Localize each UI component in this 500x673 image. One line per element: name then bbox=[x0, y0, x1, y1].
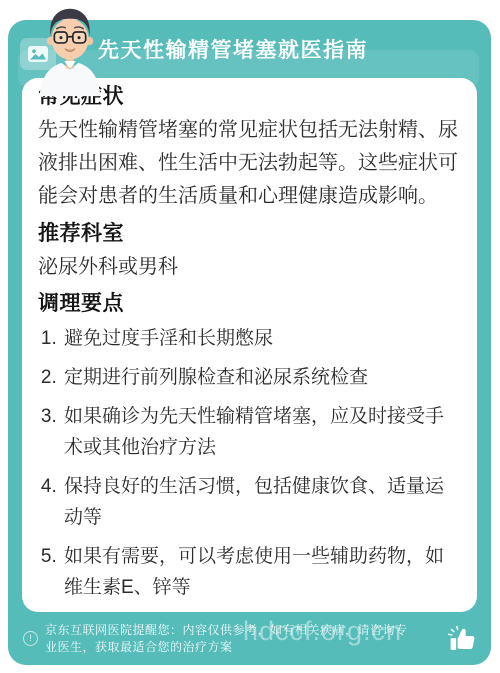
tips-list: 避免过度手淫和长期憋尿 定期进行前列腺检查和泌尿系统检查 如果确诊为先天性输精管… bbox=[38, 323, 461, 603]
footer-disclaimer-bar: ! 京东互联网医院提醒您：内容仅供参考，如有相关疾病，请咨询专业医生，获取最适合… bbox=[8, 612, 491, 665]
symptoms-text: 先天性输精管堵塞的常见症状包括无法射精、尿液排出困难、性生活中无法勃起等。这些症… bbox=[38, 114, 461, 213]
doctor-avatar bbox=[32, 4, 108, 98]
medical-guide-card: 先天性输精管堵塞就医指南 常见症状 先天性输精管堵塞的常见症状包括无法射精、尿液… bbox=[0, 0, 500, 673]
disclaimer-text: 京东互联网医院提醒您：内容仅供参考，如有相关疾病，请咨询专业医生，获取最适合您的… bbox=[45, 622, 413, 656]
department-heading: 推荐科室 bbox=[38, 221, 461, 247]
list-item: 如果确诊为先天性输精管堵塞，应及时接受手术或其他治疗方法 bbox=[62, 401, 461, 463]
content-card: 常见症状 先天性输精管堵塞的常见症状包括无法射精、尿液排出困难、性生活中无法勃起… bbox=[22, 78, 477, 612]
list-item: 避免过度手淫和长期憋尿 bbox=[62, 323, 461, 354]
page-title: 先天性输精管堵塞就医指南 bbox=[98, 34, 368, 64]
department-text: 泌尿外科或男科 bbox=[38, 251, 461, 283]
tips-heading: 调理要点 bbox=[38, 291, 461, 317]
teal-frame: 先天性输精管堵塞就医指南 常见症状 先天性输精管堵塞的常见症状包括无法射精、尿液… bbox=[8, 20, 491, 665]
list-item: 如果有需要，可以考虑使用一些辅助药物，如维生素E、锌等 bbox=[62, 541, 461, 603]
info-circle-icon: ! bbox=[23, 631, 38, 646]
thumbs-up-icon[interactable] bbox=[447, 623, 479, 655]
list-item: 定期进行前列腺检查和泌尿系统检查 bbox=[62, 362, 461, 393]
list-item: 保持良好的生活习惯，包括健康饮食、适量运动等 bbox=[62, 471, 461, 533]
header: 先天性输精管堵塞就医指南 bbox=[8, 20, 491, 78]
